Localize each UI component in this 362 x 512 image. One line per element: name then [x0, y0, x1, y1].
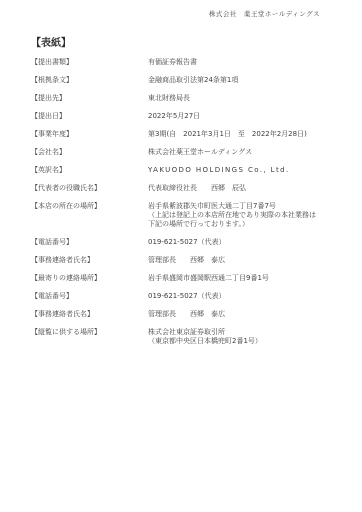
field-value: 岩手県紫波郡矢巾町医大通二丁目7番7号 （上記は登記上の本店所在地であり実際の本… — [148, 202, 320, 229]
field-value: 2022年5月27日 — [148, 112, 320, 121]
field-row-nearest-contact-place: 【最寄りの連絡場所】 岩手県盛岡市盛岡駅西通二丁目9番1号 — [31, 274, 320, 283]
field-value: 有価証券報告書 — [148, 58, 320, 67]
field-row-submitted-document: 【提出書類】 有価証券報告書 — [31, 58, 320, 67]
field-label: 【電話番号】 — [31, 292, 148, 301]
field-value: 019-621-5027（代表） — [148, 238, 320, 247]
field-row-administrative-contact: 【事務連絡者氏名】 管理部長 西郷 泰広 — [31, 256, 320, 265]
field-row-submitted-to: 【提出先】 東北財務局長 — [31, 94, 320, 103]
field-label: 【提出先】 — [31, 94, 148, 103]
field-row-phone-number: 【電話番号】 019-621-5027（代表） — [31, 238, 320, 247]
field-row-fiscal-year: 【事業年度】 第3期(自 2021年3月1日 至 2022年2月28日) — [31, 130, 320, 139]
field-value: 管理部長 西郷 泰広 — [148, 310, 320, 319]
field-row-administrative-contact-2: 【事務連絡者氏名】 管理部長 西郷 泰広 — [31, 310, 320, 319]
field-row-phone-number-2: 【電話番号】 019-621-5027（代表） — [31, 292, 320, 301]
field-label: 【会社名】 — [31, 148, 148, 157]
field-value: 岩手県盛岡市盛岡駅西通二丁目9番1号 — [148, 274, 320, 283]
field-label: 【本店の所在の場所】 — [31, 202, 148, 211]
field-label: 【事業年度】 — [31, 130, 148, 139]
field-label: 【提出書類】 — [31, 58, 148, 67]
document-page: 株式会社 薬王堂ホールディングス 【表紙】 【提出書類】 有価証券報告書 【根拠… — [0, 0, 362, 512]
field-value: 株式会社薬王堂ホールディングス — [148, 148, 320, 157]
field-value: 株式会社東京証券取引所 （東京都中央区日本橋兜町2番1号） — [148, 328, 320, 346]
field-label: 【根拠条文】 — [31, 76, 148, 85]
field-label: 【事務連絡者氏名】 — [31, 256, 148, 265]
field-label: 【最寄りの連絡場所】 — [31, 274, 148, 283]
field-row-representative: 【代表者の役職氏名】 代表取締役社長 西郷 辰弘 — [31, 184, 320, 193]
field-value: 019-621-5027（代表） — [148, 292, 320, 301]
field-label: 【英訳名】 — [31, 166, 148, 175]
field-value: 金融商品取引法第24条第1項 — [148, 76, 320, 85]
field-label: 【事務連絡者氏名】 — [31, 310, 148, 319]
field-value: 管理部長 西郷 泰広 — [148, 256, 320, 265]
cover-field-table: 【提出書類】 有価証券報告書 【根拠条文】 金融商品取引法第24条第1項 【提出… — [31, 58, 320, 346]
field-value: 第3期(自 2021年3月1日 至 2022年2月28日) — [148, 130, 320, 139]
field-row-head-office-location: 【本店の所在の場所】 岩手県紫波郡矢巾町医大通二丁目7番7号 （上記は登記上の本… — [31, 202, 320, 229]
field-row-company-name: 【会社名】 株式会社薬王堂ホールディングス — [31, 148, 320, 157]
company-header: 株式会社 薬王堂ホールディングス — [31, 10, 320, 18]
field-row-english-name: 【英訳名】 YAKUODO HOLDINGS Co., Ltd. — [31, 166, 320, 175]
field-label: 【代表者の役職氏名】 — [31, 184, 148, 193]
field-value: 代表取締役社長 西郷 辰弘 — [148, 184, 320, 193]
field-value: YAKUODO HOLDINGS Co., Ltd. — [148, 166, 320, 175]
field-row-legal-basis: 【根拠条文】 金融商品取引法第24条第1項 — [31, 76, 320, 85]
page-title: 【表紙】 — [31, 34, 320, 49]
field-label: 【電話番号】 — [31, 238, 148, 247]
field-value: 東北財務局長 — [148, 94, 320, 103]
field-label: 【縦覧に供する場所】 — [31, 328, 148, 337]
field-row-public-inspection-place: 【縦覧に供する場所】 株式会社東京証券取引所 （東京都中央区日本橋兜町2番1号） — [31, 328, 320, 346]
field-row-submission-date: 【提出日】 2022年5月27日 — [31, 112, 320, 121]
field-label: 【提出日】 — [31, 112, 148, 121]
